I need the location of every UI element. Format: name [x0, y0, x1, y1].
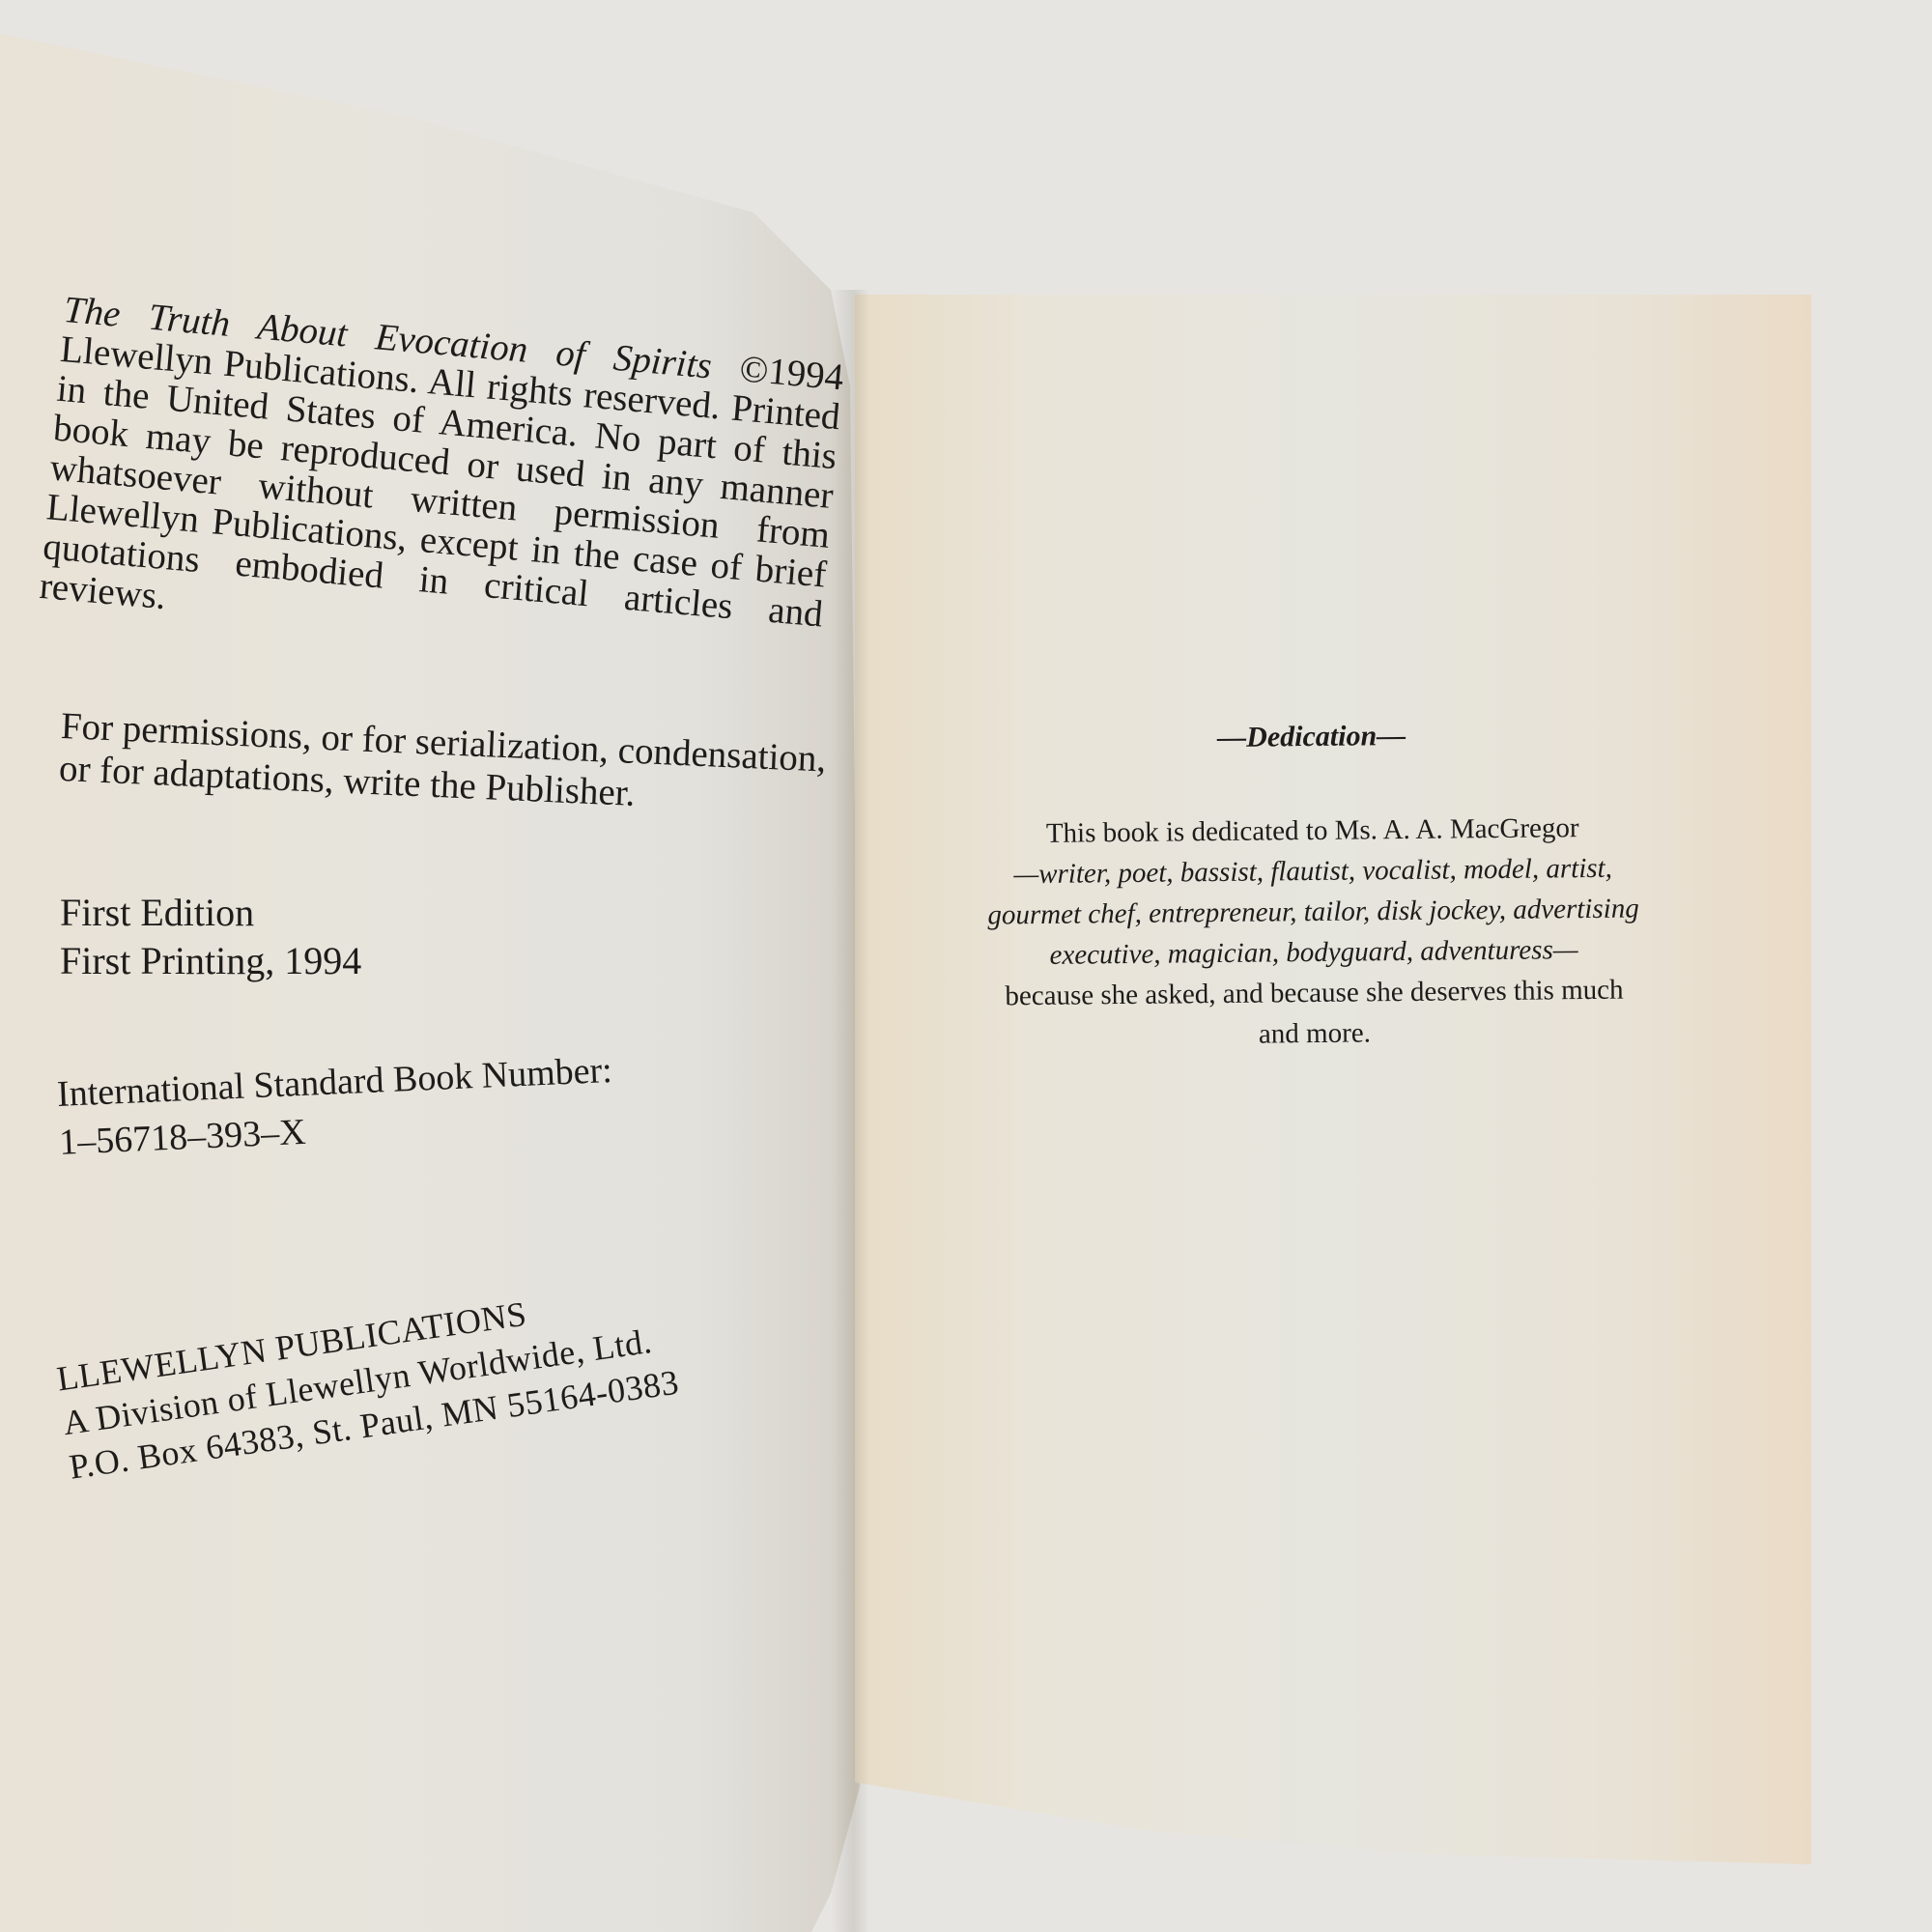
dedication: —Dedication— This book is dedicated to M…: [952, 716, 1675, 1058]
dedication-title: —Dedication—: [952, 716, 1671, 758]
dedication-line-5: because she asked, and because she deser…: [954, 969, 1674, 1017]
edition-info: First Edition First Printing, 1994: [60, 889, 361, 985]
edition-line: First Edition: [60, 889, 361, 937]
printing-line: First Printing, 1994: [60, 937, 361, 985]
copyright-notice: The Truth About Evocation of Spirits ©19…: [38, 290, 845, 673]
right-page: [855, 295, 1811, 1864]
photo-stage: The Truth About Evocation of Spirits ©19…: [0, 0, 1932, 1932]
copyright-text: ©1994 Llewellyn Publications. All rights…: [38, 328, 845, 636]
dedication-line-6: and more.: [954, 1009, 1674, 1058]
